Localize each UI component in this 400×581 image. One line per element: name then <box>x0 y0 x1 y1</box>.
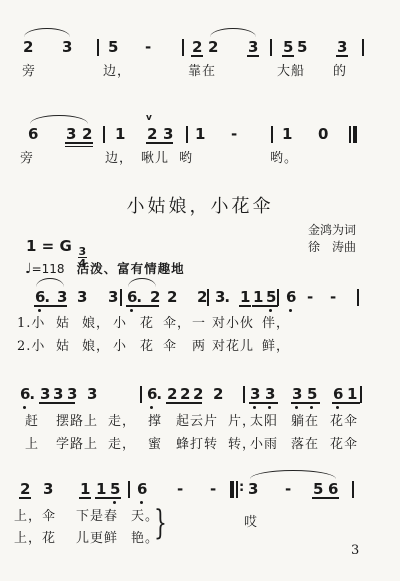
barline <box>186 126 188 143</box>
breath-mark: v <box>146 113 152 123</box>
barline <box>182 39 184 56</box>
final-barline <box>353 126 357 143</box>
note: 1 <box>80 480 89 498</box>
lyric-text: 哟。 <box>270 147 298 166</box>
time-signature-numerator: 3 <box>78 247 86 256</box>
lyric-text: 儿更鲜 <box>76 527 118 546</box>
note: 3. <box>215 288 229 306</box>
repeat-dots: : <box>239 480 244 495</box>
lyric-text: 一 <box>192 312 206 331</box>
barline <box>362 39 364 56</box>
note: 2 <box>193 385 202 403</box>
lyric-text: 蜂打转 <box>176 433 218 452</box>
note: 2 <box>213 385 222 403</box>
note: 5 <box>283 38 292 56</box>
repeat-barline <box>230 481 234 498</box>
note: 3 <box>57 288 66 306</box>
lyric-text: 花 <box>140 312 154 331</box>
note: 3 <box>250 385 259 403</box>
note: 2 <box>167 385 176 403</box>
note: 2 <box>20 480 29 498</box>
note: 6 <box>137 480 146 498</box>
beam-underline <box>166 402 202 404</box>
note: 3 <box>66 125 75 143</box>
beam-underline <box>79 497 91 499</box>
dash-note: - <box>210 480 215 498</box>
note: 6. <box>147 385 161 403</box>
octave-dot-low <box>150 406 153 409</box>
octave-dot-low <box>23 406 26 409</box>
barline <box>271 126 273 143</box>
note: 3 <box>292 385 301 403</box>
note: 1 <box>115 125 124 143</box>
quarter-note-icon: ♩ <box>25 261 32 277</box>
note: 6 <box>28 125 37 143</box>
beam-underline <box>249 402 278 404</box>
barline <box>120 289 122 306</box>
note: 1 <box>347 385 356 403</box>
lyric-text: 旁 <box>22 60 36 79</box>
barline <box>140 386 142 403</box>
sheet-music-page: 小姑娘，小花伞 金鸿为词 徐 涛曲 1 = G34 ♩=118活泼、富有情趣地 … <box>0 0 400 581</box>
lyric-text: 走， <box>108 433 136 452</box>
lyric-text: 花伞 <box>330 410 358 429</box>
note: 6. <box>35 288 49 306</box>
beam-underline <box>19 497 31 499</box>
note: 3 <box>337 38 346 56</box>
note: 6 <box>333 385 342 403</box>
lyric-text: 学路上 <box>56 433 98 452</box>
beam-underline <box>95 497 121 499</box>
lyric-text: 的 <box>333 60 347 79</box>
note: 3 <box>53 385 62 403</box>
note: 3 <box>248 38 257 56</box>
system-verse-line-1: 6.3336.2223.1156--1.小姑娘，小花伞，一对小伙伴，2.小姑娘，… <box>0 288 400 368</box>
beam-underline <box>247 55 259 57</box>
lyric-text: 小 <box>113 312 127 331</box>
beam-underline <box>65 142 93 144</box>
note: 5 <box>313 480 322 498</box>
lyric-text: 姑 <box>56 312 70 331</box>
note: 2 <box>197 288 206 306</box>
note: 3 <box>87 385 96 403</box>
beam-underline <box>34 305 67 307</box>
note: 6 <box>286 288 295 306</box>
lyric-text: 撑 <box>148 410 162 429</box>
barline <box>352 481 354 498</box>
system-previous-song-line-2: 6321231-10v旁边，啾儿哟哟。 <box>0 125 400 205</box>
beam-underline <box>332 402 360 404</box>
note: 1 <box>282 125 291 143</box>
beam-underline <box>282 55 294 57</box>
note: 3 <box>43 480 52 498</box>
lyric-text: 走， <box>108 410 136 429</box>
octave-dot-low <box>130 309 133 312</box>
note: 2 <box>23 38 32 56</box>
note: 6. <box>20 385 34 403</box>
beam-underline <box>291 402 320 404</box>
note: 6 <box>328 480 337 498</box>
lyric-text: 花伞 <box>330 433 358 452</box>
lyric-text: 上， <box>14 527 42 546</box>
dash-note: - <box>285 480 290 498</box>
note: 1 <box>195 125 204 143</box>
note: 1 <box>240 288 249 306</box>
beam-underline <box>191 55 203 57</box>
lyric-text: 大船 <box>277 60 305 79</box>
lyric-text: 躺在 <box>291 410 319 429</box>
lyric-text: 边， <box>103 60 131 79</box>
octave-dot-low <box>295 406 298 409</box>
beam-underline <box>239 305 251 307</box>
slur-arc <box>210 28 256 37</box>
barline <box>103 126 105 143</box>
dash-note: - <box>177 480 182 498</box>
beam-underline <box>252 305 278 307</box>
lyric-text: 伴， <box>262 312 290 331</box>
beam-underline <box>65 146 93 148</box>
note: 3 <box>163 125 172 143</box>
lyric-text: 小 <box>113 335 127 354</box>
slur-arc <box>36 278 64 287</box>
lyric-text: 哟 <box>179 147 193 166</box>
barline <box>270 39 272 56</box>
octave-dot-low <box>268 406 271 409</box>
lyric-text: 娘， <box>82 312 110 331</box>
lyric-text: 边， <box>105 147 133 166</box>
note: 5 <box>108 38 117 56</box>
lyric-text: 上 <box>25 433 39 452</box>
octave-dot-low <box>140 501 143 504</box>
octave-dot-low <box>253 406 256 409</box>
lyric-text: 娘， <box>82 335 110 354</box>
barline <box>207 289 209 306</box>
beam-underline <box>336 55 348 57</box>
lyric-text: 1.小 <box>17 312 45 331</box>
dash-note: - <box>330 288 335 306</box>
dash-note: - <box>145 38 150 56</box>
lyric-text: 旁 <box>20 147 34 166</box>
lyric-text: 花 <box>140 335 154 354</box>
note: 3 <box>248 480 257 498</box>
lyric-text: 摆路上 <box>56 410 98 429</box>
system-verse-line-3: 231156--3-56:上，伞下是春天。上，花儿更鲜艳。哎} <box>0 480 400 560</box>
note: 2 <box>180 385 189 403</box>
system-verse-line-2: 6.33336.2222333561赶摆路上走，撑起云片片，太阳躺在花伞上学路上… <box>0 385 400 465</box>
lyric-text: 落在 <box>291 433 319 452</box>
lyric-interjection: 哎 <box>244 511 258 530</box>
note: 6. <box>127 288 141 306</box>
key-signature-text: 1 = G <box>26 237 72 255</box>
note: 2 <box>82 125 91 143</box>
lyricist-credit: 金鸿为词 <box>308 221 356 238</box>
lyric-text: 太阳 <box>250 410 278 429</box>
beam-underline <box>146 142 173 144</box>
slur-arc <box>128 278 156 287</box>
barline <box>357 289 359 306</box>
octave-dot-low <box>336 406 339 409</box>
composer-credit: 徐 涛曲 <box>308 238 356 255</box>
page-number: 3 <box>351 543 359 558</box>
slur-arc <box>24 28 70 37</box>
barline <box>360 386 362 403</box>
note: 2 <box>192 38 201 56</box>
barline <box>277 289 279 306</box>
lyric-text: 靠在 <box>188 60 216 79</box>
lyric-text: 鲜， <box>262 335 290 354</box>
lyric-text: 啾儿 <box>141 147 169 166</box>
note: 2 <box>150 288 159 306</box>
lyric-text: 蜜 <box>148 433 162 452</box>
lyric-text: 2.小 <box>17 335 45 354</box>
lyric-text: 花 <box>42 527 56 546</box>
barline <box>97 39 99 56</box>
beam-underline <box>39 402 75 404</box>
lyric-text: 上， <box>14 505 42 524</box>
lyric-text: 两 <box>192 335 206 354</box>
note: 2 <box>167 288 176 306</box>
lyric-text: 伞 <box>163 335 177 354</box>
dash-note: - <box>231 125 236 143</box>
octave-dot-low <box>113 501 116 504</box>
beam-underline <box>126 305 159 307</box>
lyric-text: 赶 <box>25 410 39 429</box>
barline <box>243 386 245 403</box>
note: 3 <box>108 288 117 306</box>
note: 5 <box>307 385 316 403</box>
note: 5 <box>297 38 306 56</box>
lyric-text: 对花儿 <box>212 335 254 354</box>
lyric-text: 起云片 <box>176 410 218 429</box>
lyric-text: 姑 <box>56 335 70 354</box>
note: 3 <box>67 385 76 403</box>
rest-note: 0 <box>318 125 327 143</box>
note: 2 <box>208 38 217 56</box>
tempo-marking: ♩=118活泼、富有情趣地 <box>25 259 185 277</box>
note: 3 <box>265 385 274 403</box>
note: 1 <box>96 480 105 498</box>
barline <box>128 481 130 498</box>
system-previous-song-line-1: 235-223553旁边，靠在大船的 <box>0 38 400 118</box>
slur-arc <box>250 470 336 479</box>
note: 3 <box>62 38 71 56</box>
octave-dot-low <box>310 406 313 409</box>
tempo-value: =118 <box>32 262 65 276</box>
beam-underline <box>312 497 339 499</box>
lyric-text: 下是春 <box>76 505 118 524</box>
note: 2 <box>147 125 156 143</box>
lyric-text: 对小伙 <box>212 312 254 331</box>
verse-brace: } <box>154 504 167 543</box>
repeat-barline <box>236 481 238 498</box>
lyric-text: 伞 <box>42 505 56 524</box>
dash-note: - <box>307 288 312 306</box>
lyric-text: 小雨 <box>250 433 278 452</box>
tempo-expression: 活泼、富有情趣地 <box>77 261 185 276</box>
note: 3 <box>77 288 86 306</box>
note: 5 <box>266 288 275 306</box>
lyric-text: 伞， <box>163 312 191 331</box>
note: 5 <box>110 480 119 498</box>
final-barline <box>349 126 351 143</box>
note: 1 <box>253 288 262 306</box>
note: 3 <box>40 385 49 403</box>
